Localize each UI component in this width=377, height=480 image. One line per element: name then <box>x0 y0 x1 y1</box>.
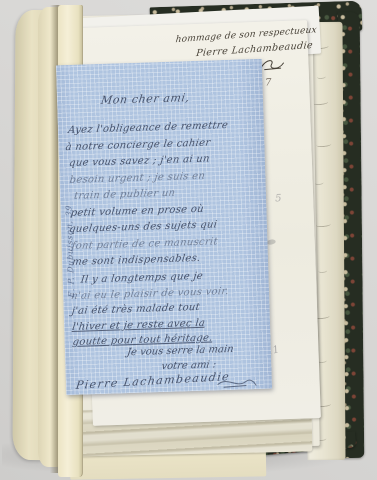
illegible-edge-mark <box>316 221 331 227</box>
ink-mark-five: 5 <box>275 193 282 204</box>
letter-salutation: Mon cher ami, <box>100 91 191 107</box>
letter-signature: Pierre Lachambeaudie <box>75 370 231 392</box>
inscription-paraph-flourish <box>258 56 287 73</box>
illegible-edge-mark <box>314 180 323 186</box>
ink-blot <box>266 239 276 245</box>
illegible-edge-mark <box>318 358 327 364</box>
illegible-edge-mark <box>318 268 327 274</box>
illegible-edge-mark <box>317 74 326 80</box>
photo-of-open-album: hommage de son respectueux Pierre Lacham… <box>0 0 377 480</box>
letter-closing: Je vous serre la main <box>126 344 234 358</box>
letter-paragraph-2: Il y a longtemps que jen'ai eu le plaisi… <box>70 268 230 350</box>
illegible-edge-mark <box>316 141 331 147</box>
inscription-line-2: Pierre Lachambeaudie <box>196 40 314 59</box>
signature-flourish <box>216 375 258 390</box>
blue-letter: Mon cher ami, Ayez l'obligeance de remet… <box>56 59 272 395</box>
ink-mark-seven: 7 <box>265 77 272 88</box>
letter-paragraph-1: Ayez l'obligeance de remettreà notre con… <box>68 118 233 271</box>
illegible-edge-mark <box>313 99 328 105</box>
